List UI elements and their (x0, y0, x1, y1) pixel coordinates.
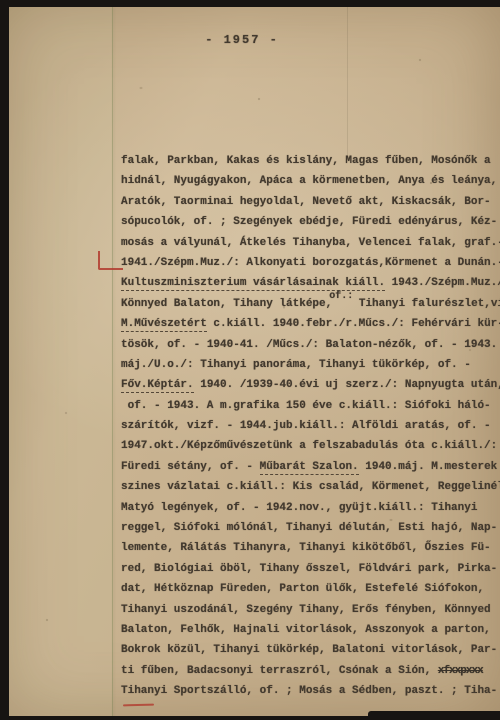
text-line: red, Biológiai öböl, Tihany ősszel, Föld… (121, 559, 499, 579)
text-line: Bokrok közül, Tihanyi tükörkép, Balatoni… (121, 640, 499, 660)
text-line: Füredi sétány, of. - Műbarát Szalon. 194… (121, 457, 499, 477)
underlined-phrase: Műbarát Szalon. (260, 461, 359, 475)
text-line: hidnál, Nyugágyakon, Apáca a körmenetben… (121, 171, 499, 191)
paper-fold-line (112, 7, 113, 720)
text-line: dat, Hétköznap Füreden, Parton ülők, Est… (121, 579, 499, 599)
text-line: 1941./Szépm.Muz./: Alkonyati borozgatás,… (121, 253, 499, 273)
text-line: Könnyed Balaton, Tihany látképe,of.: Tih… (121, 294, 499, 314)
typewritten-text: falak, Parkban, Kakas és kislány, Magas … (121, 151, 499, 702)
text-line: falak, Parkban, Kakas és kislány, Magas … (121, 151, 499, 171)
text-line: reggel, Siófoki mólónál, Tihanyi délután… (121, 518, 499, 538)
text-line: sópucolók, of. ; Szegények ebédje, Füred… (121, 212, 499, 232)
underlined-phrase: Főv.Képtár. (121, 379, 194, 393)
underlined-phrase: M.Művészetért (121, 318, 207, 332)
text-line: ti fűben, Badacsonyi terraszról, Csónak … (121, 661, 499, 681)
text-line: Balaton, Felhők, Hajnali vitorlások, Ass… (121, 620, 499, 640)
text-line: tösök, of. - 1940-41. /Műcs./: Balaton-n… (121, 335, 499, 355)
text-line: of. - 1943. A m.grafika 150 éve c.kiáll.… (121, 396, 499, 416)
text-line: Tihanyi Sportszálló, of. ; Mosás a Sédbe… (121, 681, 499, 701)
scanned-page: - 1957 - falak, Parkban, Kakas és kislán… (0, 0, 500, 720)
paper-tone-band (9, 7, 112, 720)
red-pencil-bracket (98, 251, 123, 270)
struck-out-word: xfxxpxxx (438, 665, 483, 677)
text-line: máj./U.o./: Tihanyi panoráma, Tihanyi tü… (121, 355, 499, 375)
text-line: 1947.okt./Képzőművészetünk a felszabadul… (121, 436, 499, 456)
scan-edge-left (0, 0, 9, 720)
scan-edge-bottom-right (368, 711, 500, 720)
paper-crease-line (347, 7, 348, 157)
scan-edge-top (0, 0, 500, 7)
red-pencil-underline (123, 704, 154, 707)
text-line: M.Művészetért c.kiáll. 1940.febr./r.Műcs… (121, 314, 499, 334)
text-line: Matyó legények, of. - 1942.nov., gyüjt.k… (121, 498, 499, 518)
underlined-phrase: Kultuszminiszterium vásárlásainak kiáll. (121, 277, 385, 291)
text-line: szines vázlatai c.kiáll.: Kis család, Kö… (121, 477, 499, 497)
typed-insertion: of.: (329, 291, 353, 302)
text-line: mosás a vályunál, Átkelés Tihanyba, Vele… (121, 233, 499, 253)
text-line: lemente, Rálátás Tihanyra, Tihanyi kiköt… (121, 538, 499, 558)
text-line: Főv.Képtár. 1940. /1939-40.évi uj szerz.… (121, 375, 499, 395)
text-line: Aratók, Taorminai hegyoldal, Nevető akt,… (121, 192, 499, 212)
text-line: szárítók, vizf. - 1944.jub.kiáll.: Alföl… (121, 416, 499, 436)
page-number: - 1957 - (205, 33, 279, 47)
text-line: Tihanyi uszodánál, Szegény Tihany, Erős … (121, 600, 499, 620)
text-line: Kultuszminiszterium vásárlásainak kiáll.… (121, 273, 499, 293)
